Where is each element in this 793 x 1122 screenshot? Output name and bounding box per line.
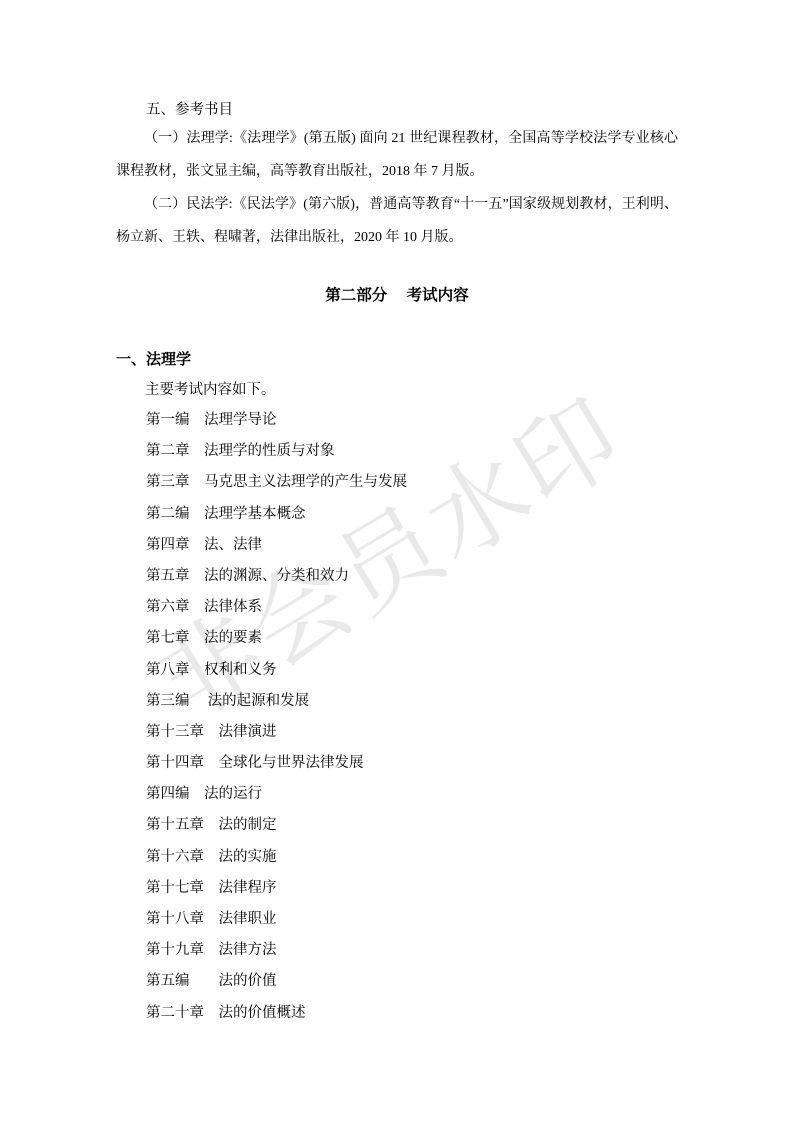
reference-item-jurisprudence: （一）法理学:《法理学》(第五版) 面向 21 世纪课程教材，全国高等学校法学专… [116,122,678,188]
reference-item-civil-law: （二）民法学:《民法学》(第六版)，普通高等教育“十一五”国家级规划教材，王利明… [116,188,678,254]
part-two-title: 第二部分 考试内容 [116,285,678,307]
toc-item: 第二十章 法的价值概述 [146,998,686,1029]
toc-item: 第五章 法的渊源、分类和效力 [146,561,686,592]
toc-item: 第二编 法理学基本概念 [146,499,686,530]
toc-item: 第十六章 法的实施 [146,842,686,873]
subject-heading-jurisprudence: 一、法理学 [116,349,191,371]
toc-item: 第一编 法理学导论 [146,405,686,436]
toc-item: 第四章 法、法律 [146,530,686,561]
toc-item: 第四编 法的运行 [146,779,686,810]
document-page: 非会员水印 五、参考书目 （一）法理学:《法理学》(第五版) 面向 21 世纪课… [0,0,793,1122]
toc-item: 第六章 法律体系 [146,592,686,623]
toc-item: 第十五章 法的制定 [146,810,686,841]
toc-item: 第七章 法的要素 [146,623,686,654]
document-content: 五、参考书目 （一）法理学:《法理学》(第五版) 面向 21 世纪课程教材，全国… [0,0,793,1122]
toc-item: 第八章 权利和义务 [146,655,686,686]
toc-item: 第十九章 法律方法 [146,935,686,966]
toc-item: 第十八章 法律职业 [146,904,686,935]
chapter-outline-list: 第一编 法理学导论第二章 法理学的性质与对象第三章 马克思主义法理学的产生与发展… [146,405,686,1029]
toc-item: 第五编 法的价值 [146,966,686,997]
references-section-heading: 五、参考书目 [146,99,233,121]
toc-item: 第三编 法的起源和发展 [146,686,686,717]
toc-item: 第十四章 全球化与世界法律发展 [146,748,686,779]
toc-item: 第十七章 法律程序 [146,873,686,904]
toc-item: 第十三章 法律演进 [146,717,686,748]
toc-item: 第二章 法理学的性质与对象 [146,436,686,467]
toc-item: 第三章 马克思主义法理学的产生与发展 [146,467,686,498]
exam-content-intro: 主要考试内容如下。 [145,379,276,401]
